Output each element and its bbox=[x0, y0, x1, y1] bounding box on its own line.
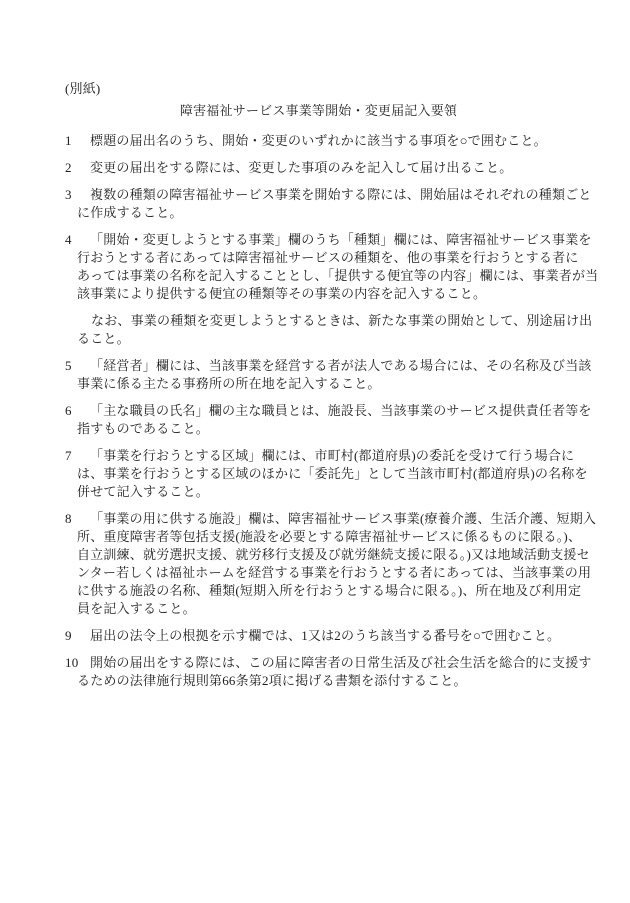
text-line: に作成すること。 bbox=[65, 204, 572, 222]
instruction-item: 10開始の届出をする際には、この届に障害者の日常生活及び社会生活を総合的に支援す… bbox=[65, 654, 572, 690]
instruction-item: 8「事業の用に供する施設」欄は、障害福祉サービス事業(療養介護、生活介護、短期入… bbox=[65, 510, 572, 618]
instruction-item: 9届出の法令上の根拠を示す欄では、1又は2のうち該当する番号を○で囲むこと。 bbox=[65, 627, 572, 645]
instruction-item: 5「経営者」欄には、当該事業を経営する者が法人である場合には、その名称及び当該事… bbox=[65, 357, 572, 393]
text-line: 員を記入すること。 bbox=[65, 600, 572, 618]
text-line: あっては事業の名称を記入することとし、「提供する便宜等の内容」欄には、事業者が当 bbox=[65, 267, 572, 285]
text-line: 指すものであること。 bbox=[65, 420, 572, 438]
text-line: 行おうとする者にあっては障害福祉サービスの種類を、他の事業を行おうとする者に bbox=[65, 249, 572, 267]
text-line: 「開始・変更しようとする事業」欄のうち「種類」欄には、障害福祉サービス事業を bbox=[65, 231, 572, 249]
text-line: なお、事業の種類を変更しようとするときは、新たな事業の開始として、別途届け出 bbox=[65, 312, 572, 330]
item-number: 5 bbox=[65, 357, 72, 375]
item-number: 3 bbox=[65, 186, 72, 204]
item-number: 10 bbox=[65, 654, 78, 672]
text-line: 開始の届出をする際には、この届に障害者の日常生活及び社会生活を総合的に支援す bbox=[65, 654, 572, 672]
text-line: 「事業を行おうとする区域」欄には、市町村(都道府県)の委託を受けて行う場合に bbox=[65, 447, 572, 465]
attachment-label: (別紙) bbox=[65, 80, 572, 98]
item-number: 1 bbox=[65, 132, 72, 150]
text-line: 「事業の用に供する施設」欄は、障害福祉サービス事業(療養介護、生活介護、短期入 bbox=[65, 510, 572, 528]
item-number: 4 bbox=[65, 231, 72, 249]
instruction-item: 3複数の種類の障害福祉サービス事業を開始する際には、開始届はそれぞれの種類ごとに… bbox=[65, 186, 572, 222]
text-line: 事業に係る主たる事務所の所在地を記入すること。 bbox=[65, 375, 572, 393]
item-number: 6 bbox=[65, 402, 72, 420]
text-line: 該事業により提供する便宜の種類等その事業の内容を記入すること。 bbox=[65, 285, 572, 303]
instruction-item: 4「開始・変更しようとする事業」欄のうち「種類」欄には、障害福祉サービス事業を行… bbox=[65, 231, 572, 303]
text-line: ること。 bbox=[65, 330, 572, 348]
document-title: 障害福祉サービス事業等開始・変更届記入要領 bbox=[65, 102, 572, 120]
text-line: 「経営者」欄には、当該事業を経営する者が法人である場合には、その名称及び当該 bbox=[65, 357, 572, 375]
text-line: 自立訓練、就労選択支援、就労移行支援及び就労継続支援に限る。)又は地域活動支援セ bbox=[65, 546, 572, 564]
item-number: 8 bbox=[65, 510, 72, 528]
text-line: は、事業を行おうとする区域のほかに「委託先」として当該市町村(都道府県)の名称を bbox=[65, 465, 572, 483]
item-number: 9 bbox=[65, 627, 72, 645]
text-line: 届出の法令上の根拠を示す欄では、1又は2のうち該当する番号を○で囲むこと。 bbox=[65, 627, 572, 645]
text-line: るための法律施行規則第66条第2項に掲げる書類を添付すること。 bbox=[65, 672, 572, 690]
text-line: 併せて記入すること。 bbox=[65, 483, 572, 501]
instruction-item: 7「事業を行おうとする区域」欄には、市町村(都道府県)の委託を受けて行う場合には… bbox=[65, 447, 572, 501]
document-page: (別紙) 障害福祉サービス事業等開始・変更届記入要領 1標題の届出名のうち、開始… bbox=[0, 0, 630, 903]
item-number: 7 bbox=[65, 447, 72, 465]
instruction-item: 1標題の届出名のうち、開始・変更のいずれかに該当する事項を○で囲むこと。 bbox=[65, 132, 572, 150]
instruction-item: 6「主な職員の氏名」欄の主な職員とは、施設長、当該事業のサービス提供責任者等を指… bbox=[65, 402, 572, 438]
instruction-item: 2変更の届出をする際には、変更した事項のみを記入して届け出ること。 bbox=[65, 159, 572, 177]
text-line: 複数の種類の障害福祉サービス事業を開始する際には、開始届はそれぞれの種類ごと bbox=[65, 186, 572, 204]
text-line: 変更の届出をする際には、変更した事項のみを記入して届け出ること。 bbox=[65, 159, 572, 177]
text-line: 標題の届出名のうち、開始・変更のいずれかに該当する事項を○で囲むこと。 bbox=[65, 132, 572, 150]
text-line: 「主な職員の氏名」欄の主な職員とは、施設長、当該事業のサービス提供責任者等を bbox=[65, 402, 572, 420]
note-paragraph: なお、事業の種類を変更しようとするときは、新たな事業の開始として、別途届け出るこ… bbox=[65, 312, 572, 348]
item-number: 2 bbox=[65, 159, 72, 177]
text-line: ンター若しくは福祉ホームを経営する事業を行おうとする者にあっては、当該事業の用 bbox=[65, 564, 572, 582]
text-line: 所、重度障害者等包括支援(施設を必要とする障害福祉サービスに係るものに限る。)、 bbox=[65, 528, 572, 546]
instruction-list: 1標題の届出名のうち、開始・変更のいずれかに該当する事項を○で囲むこと。2変更の… bbox=[65, 132, 572, 690]
text-line: に供する施設の名称、種類(短期入所を行おうとする場合に限る。)、所在地及び利用定 bbox=[65, 582, 572, 600]
